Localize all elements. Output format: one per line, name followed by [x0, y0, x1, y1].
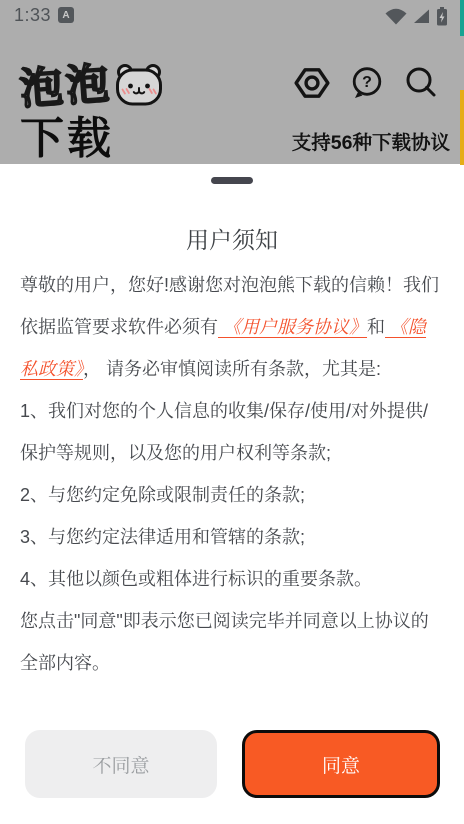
screen-edge-artifact [460, 90, 464, 165]
intro-text-3: ， 请务必审慎阅读所有条款，尤其是: [83, 359, 381, 379]
logo-row: 泡泡 [20, 62, 164, 112]
app-logo: 泡泡 下载 [20, 62, 164, 161]
settings-nut-icon[interactable] [294, 66, 330, 100]
cellular-signal-icon [413, 9, 430, 29]
battery-charging-icon [436, 7, 448, 31]
user-notice-sheet: 用户须知 尊敬的用户，您好!感谢您对泡泡熊下载的信赖！我们依据监管要求软件必须有… [0, 164, 464, 824]
intro-text-2: 和 [367, 317, 385, 337]
dialog-buttons: 不同意 同意 [25, 730, 440, 798]
service-agreement-link[interactable]: 《用户服务协议》 [218, 317, 367, 337]
header-actions: ? [294, 66, 438, 100]
search-icon[interactable] [404, 66, 438, 100]
clause-4: 4、其他以颜色或粗体进行标识的重要条款。 [20, 558, 444, 600]
clock: 1:33 [14, 5, 51, 26]
notification-badge: A [58, 7, 74, 23]
clause-1: 1、我们对您的个人信息的收集/保存/使用/对外提供/保护等规则，以及您的用户权利… [20, 390, 444, 474]
bear-face-icon [114, 62, 164, 113]
screen-edge-artifact [460, 0, 464, 36]
status-icons [385, 7, 448, 31]
footer-note: 您点击"同意"即表示您已阅读完毕并同意以上协议的全部内容。 [20, 600, 444, 684]
logo-text-top: 泡泡 [19, 62, 114, 111]
header-tagline: 支持56种下载协议 [292, 127, 450, 155]
drag-handle[interactable] [211, 177, 253, 184]
clause-3: 3、与您约定法律适用和管辖的条款; [20, 516, 444, 558]
clause-2: 2、与您约定免除或限制责任的条款; [20, 474, 444, 516]
logo-text-bottom: 下载 [20, 117, 164, 161]
agree-button[interactable]: 同意 [242, 730, 440, 798]
disagree-button[interactable]: 不同意 [25, 730, 217, 798]
app-screen: 1:33 A 泡泡 [0, 0, 464, 824]
wifi-icon [385, 8, 407, 30]
dimmed-background: 1:33 A 泡泡 [0, 0, 464, 164]
notice-body: 尊敬的用户，您好!感谢您对泡泡熊下载的信赖！我们依据监管要求软件必须有 《用户服… [20, 264, 444, 684]
svg-text:?: ? [362, 74, 372, 91]
help-icon[interactable]: ? [350, 66, 384, 100]
intro-paragraph: 尊敬的用户，您好!感谢您对泡泡熊下载的信赖！我们依据监管要求软件必须有 《用户服… [20, 264, 444, 390]
sheet-title: 用户须知 [0, 222, 464, 255]
status-bar: 1:33 A [0, 0, 464, 32]
